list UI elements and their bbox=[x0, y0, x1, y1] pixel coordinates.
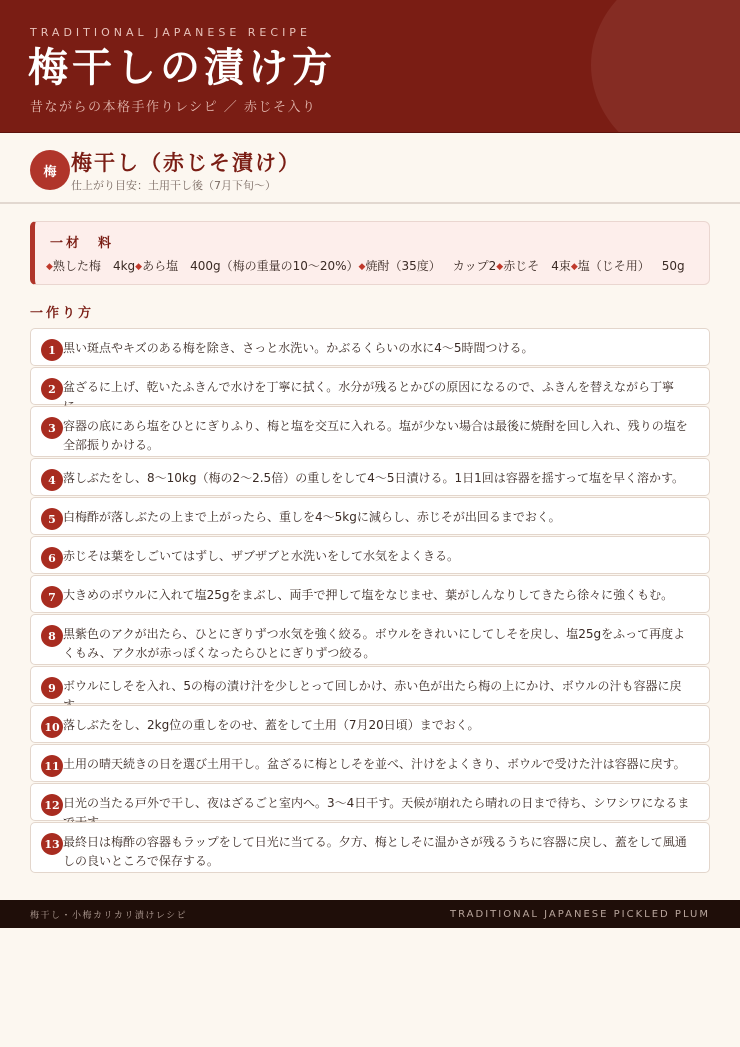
ingredient-qty: 4束 bbox=[551, 259, 571, 273]
ingredient-qty: カップ2 bbox=[453, 259, 497, 273]
ingredients-box: 一材 料 ◆熟した梅4kg◆あら塩400g（梅の重量の10〜20%）◆焼酎（35… bbox=[30, 221, 710, 285]
bullet-icon: ◆ bbox=[46, 262, 53, 272]
ingredients-title: 一材 料 bbox=[50, 232, 709, 251]
step-number: 3 bbox=[41, 417, 63, 439]
step-text: 大きめのボウルに入れて塩25gをまぶし、両手で押して塩をなじませ、葉がしんなりし… bbox=[63, 588, 673, 602]
step-item: 9 ボウルにしそを入れ、5の梅の漬け汁を少しとって回しかけ、赤い色が出たら梅の上… bbox=[30, 666, 710, 704]
recipe-meta: 仕上がり目安：土用干し後（7月下旬〜） bbox=[71, 177, 276, 193]
step-item: 6 赤じそは葉をしごいてはずし、ザブザブと水洗いをして水気をよくきる。 bbox=[30, 536, 710, 574]
ingredient-item: ◆焼酎（35度）カップ2 bbox=[359, 259, 497, 273]
ingredient-name: 赤じそ bbox=[503, 259, 539, 273]
ingredient-item: ◆赤じそ4束 bbox=[496, 259, 571, 273]
ingredient-name: 焼酎（35度） bbox=[365, 259, 440, 273]
step-item: 5 白梅酢が落しぶたの上まで上がったら、重しを4〜5kgに減らし、赤じそが出回る… bbox=[30, 497, 710, 535]
step-item: 7 大きめのボウルに入れて塩25gをまぶし、両手で押して塩をなじませ、葉がしんな… bbox=[30, 575, 710, 613]
footer-right-text: TRADITIONAL JAPANESE PICKLED PLUM bbox=[450, 909, 710, 920]
step-number: 11 bbox=[41, 755, 63, 777]
step-item: 2 盆ざるに上げ、乾いたふきんで水けを丁寧に拭く。水分が残るとかびの原因になるの… bbox=[30, 367, 710, 405]
step-item: 3 容器の底にあら塩をひとにぎりふり、梅と塩を交互に入れる。塩が少ない場合は最後… bbox=[30, 406, 710, 457]
decorative-circle bbox=[591, 0, 740, 133]
ingredients-list: ◆熟した梅4kg◆あら塩400g（梅の重量の10〜20%）◆焼酎（35度）カップ… bbox=[46, 257, 709, 274]
step-number: 8 bbox=[41, 625, 63, 647]
step-text: 容器の底にあら塩をひとにぎりふり、梅と塩を交互に入れる。塩が少ない場合は最後に焼… bbox=[63, 419, 688, 452]
ingredient-qty: 50g bbox=[662, 259, 685, 273]
step-number: 2 bbox=[41, 378, 63, 400]
step-text: 黒紫色のアクが出たら、ひとにぎりずつ水気を強く絞る。ボウルをきれいにしてしそを戻… bbox=[63, 627, 685, 660]
step-text: 落しぶたをし、2kg位の重しをのせ、蓋をして土用（7月20日頃）までおく。 bbox=[63, 718, 480, 732]
step-number: 4 bbox=[41, 469, 63, 491]
step-item: 10 落しぶたをし、2kg位の重しをのせ、蓋をして土用（7月20日頃）までおく。 bbox=[30, 705, 710, 743]
step-item: 1 黒い斑点やキズのある梅を除き、さっと水洗い。かぶるくらいの水に4〜5時間つけ… bbox=[30, 328, 710, 366]
step-item: 4 落しぶたをし、8〜10kg（梅の2〜2.5倍）の重しをして4〜5日漬ける。1… bbox=[30, 458, 710, 496]
step-number: 1 bbox=[41, 339, 63, 361]
step-item: 8 黒紫色のアクが出たら、ひとにぎりずつ水気を強く絞る。ボウルをきれいにしてしそ… bbox=[30, 614, 710, 665]
recipe-heading: 梅 梅干し（赤じそ漬け） 仕上がり目安：土用干し後（7月下旬〜） bbox=[0, 133, 740, 204]
step-text: 土用の晴天続きの日を選び土用干し。盆ざるに梅としそを並べ、汁けをよくきり、ボウル… bbox=[63, 757, 686, 771]
step-number: 10 bbox=[41, 716, 63, 738]
page-footer: 梅干し・小梅カリカリ漬けレシピ TRADITIONAL JAPANESE PIC… bbox=[0, 900, 740, 928]
step-number: 12 bbox=[41, 794, 63, 816]
recipe-name: 梅干し（赤じそ漬け） bbox=[71, 147, 301, 177]
step-item: 12 日光の当たる戸外で干し、夜はざるごと室内へ。3〜4日干す。天候が崩れたら晴… bbox=[30, 783, 710, 821]
step-text: 黒い斑点やキズのある梅を除き、さっと水洗い。かぶるくらいの水に4〜5時間つける。 bbox=[63, 341, 534, 355]
step-text: 落しぶたをし、8〜10kg（梅の2〜2.5倍）の重しをして4〜5日漬ける。1日1… bbox=[63, 471, 684, 485]
ingredient-item: ◆あら塩400g（梅の重量の10〜20%） bbox=[135, 259, 358, 273]
ingredient-qty: 400g（梅の重量の10〜20%） bbox=[190, 259, 358, 273]
ingredient-qty: 4kg bbox=[113, 259, 135, 273]
step-text: 赤じそは葉をしごいてはずし、ザブザブと水洗いをして水気をよくきる。 bbox=[63, 549, 459, 563]
footer-left-text: 梅干し・小梅カリカリ漬けレシピ bbox=[30, 908, 187, 921]
step-number: 6 bbox=[41, 547, 63, 569]
ingredient-item: ◆熟した梅4kg bbox=[46, 259, 135, 273]
page-subtitle: 昔ながらの本格手作りレシピ ／ 赤じそ入り bbox=[30, 96, 316, 115]
step-text: 最終日は梅酢の容器もラップをして日光に当てる。夕方、梅としそに温かさが残るうちに… bbox=[63, 835, 687, 868]
page-header: TRADITIONAL JAPANESE RECIPE 梅干しの漬け方 昔ながら… bbox=[0, 0, 740, 133]
step-item: 11 土用の晴天続きの日を選び土用干し。盆ざるに梅としそを並べ、汁けをよくきり、… bbox=[30, 744, 710, 782]
ingredient-name: 塩（じそ用） bbox=[578, 259, 650, 273]
page-title: 梅干しの漬け方 bbox=[28, 42, 336, 94]
steps-list: 1 黒い斑点やキズのある梅を除き、さっと水洗い。かぶるくらいの水に4〜5時間つけ… bbox=[30, 328, 710, 874]
header-eyebrow: TRADITIONAL JAPANESE RECIPE bbox=[30, 26, 311, 39]
step-number: 13 bbox=[41, 833, 63, 855]
step-number: 9 bbox=[41, 677, 63, 699]
ingredient-name: 熟した梅 bbox=[53, 259, 101, 273]
step-number: 5 bbox=[41, 508, 63, 530]
step-item: 13 最終日は梅酢の容器もラップをして日光に当てる。夕方、梅としそに温かさが残る… bbox=[30, 822, 710, 873]
plum-icon: 梅 bbox=[30, 150, 70, 190]
step-number: 7 bbox=[41, 586, 63, 608]
step-text: 白梅酢が落しぶたの上まで上がったら、重しを4〜5kgに減らし、赤じそが出回るまで… bbox=[63, 510, 561, 524]
steps-title: 一作り方 bbox=[30, 302, 94, 321]
ingredient-name: あら塩 bbox=[142, 259, 178, 273]
ingredient-item: ◆塩（じそ用）50g bbox=[571, 259, 685, 273]
bullet-icon: ◆ bbox=[571, 262, 578, 272]
